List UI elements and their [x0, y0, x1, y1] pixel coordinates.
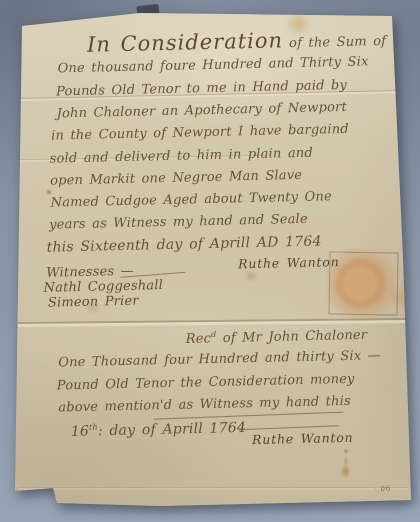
manuscript-line: Named Cudgoe Aged about Twenty One: [50, 189, 332, 210]
manuscript-line: this Sixteenth day of Aprill AD 1764: [46, 233, 321, 255]
manuscript-line: Pounds Old Tenor to me in Hand paid by: [56, 78, 347, 100]
receipt-line: Pound Old Tenor the Consideration money: [57, 372, 355, 394]
manuscript-line: years as Witness my hand and Seale: [49, 212, 308, 233]
signature-ruthe-wanton: Ruthe Wanton: [238, 254, 340, 271]
catalog-number: · 06: [374, 484, 392, 493]
receipt-line: One Thousand four Hundred and thirty Six…: [58, 348, 381, 370]
manuscript-line: open Markit one Negroe Man Slave: [50, 168, 302, 189]
pen-flourish: [154, 412, 344, 420]
receipt-date-day: 16: [71, 423, 90, 439]
receipt-date-ordinal: th: [89, 423, 98, 432]
handwriting-layer: In Considerationof the Sum of One thousa…: [0, 0, 420, 522]
receipt-rec-rest: of Mr John Chaloner: [216, 328, 367, 346]
manuscript-line: in the County of Newport I have bargaind: [51, 122, 349, 144]
manuscript-paper: In Considerationof the Sum of One thousa…: [0, 0, 420, 522]
paper-shadow: In Considerationof the Sum of One thousa…: [0, 0, 420, 522]
receipt-date-line: 16th: day of Aprill 1764: [71, 419, 247, 440]
manuscript-line: One thousand foure Hundred and Thirty Si…: [57, 54, 368, 76]
heading-large-text: In Consideration: [87, 28, 283, 56]
witness-signature: Nathl Coggeshall: [43, 278, 163, 296]
manuscript-line: John Chaloner an Apothecary of Newport: [56, 100, 347, 122]
heading-small-text: of the Sum of: [289, 34, 386, 51]
signature-ruthe-wanton-receipt: Ruthe Wanton: [252, 430, 354, 447]
document-heading: In Considerationof the Sum of: [87, 26, 387, 57]
receipt-rec: Rec: [186, 331, 212, 347]
receipt-heading: Recd of Mr John Chaloner: [186, 326, 368, 346]
receipt-date-rest: : day of Aprill 1764: [98, 420, 246, 439]
manuscript-line: sold and deliverd to him in plain and: [49, 146, 313, 167]
photo-of-manuscript: In Considerationof the Sum of One thousa…: [0, 0, 420, 522]
witness-signature: Simeon Prier: [48, 294, 139, 311]
